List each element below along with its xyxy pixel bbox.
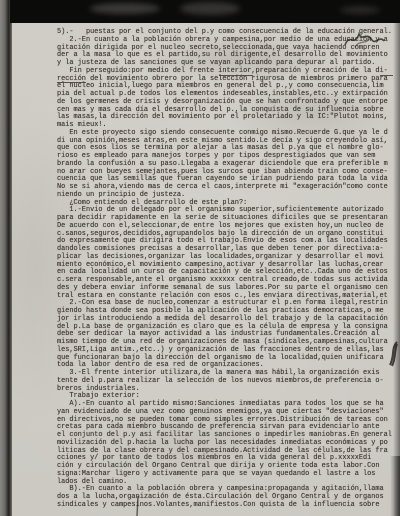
typewritten-text: 5).- puestas por el conjunto del p.y com… xyxy=(57,29,397,510)
scan-smudge xyxy=(340,6,380,14)
underline-di xyxy=(380,75,393,76)
scan-smudge xyxy=(180,2,240,15)
text-line: sindicales y campesinos.Volantes,manifie… xyxy=(57,502,397,510)
scan-edge-bottom-right xyxy=(390,456,400,516)
scan-border-top xyxy=(10,0,400,23)
underline-reccion xyxy=(57,82,86,83)
text-line: las masas,la dirección del movimiento po… xyxy=(57,114,397,122)
underline-interior xyxy=(219,75,253,76)
scan-edge-left xyxy=(0,0,12,516)
scan-smudge xyxy=(90,3,160,14)
pen-scribble-mark xyxy=(341,29,387,51)
paper-page: 5).- puestas por el conjunto del p.y com… xyxy=(12,23,400,516)
pen-vertical-stroke xyxy=(134,496,142,516)
scanned-document-page: 5).- puestas por el conjunto del p.y com… xyxy=(0,0,400,516)
scan-edge-right xyxy=(393,23,400,516)
